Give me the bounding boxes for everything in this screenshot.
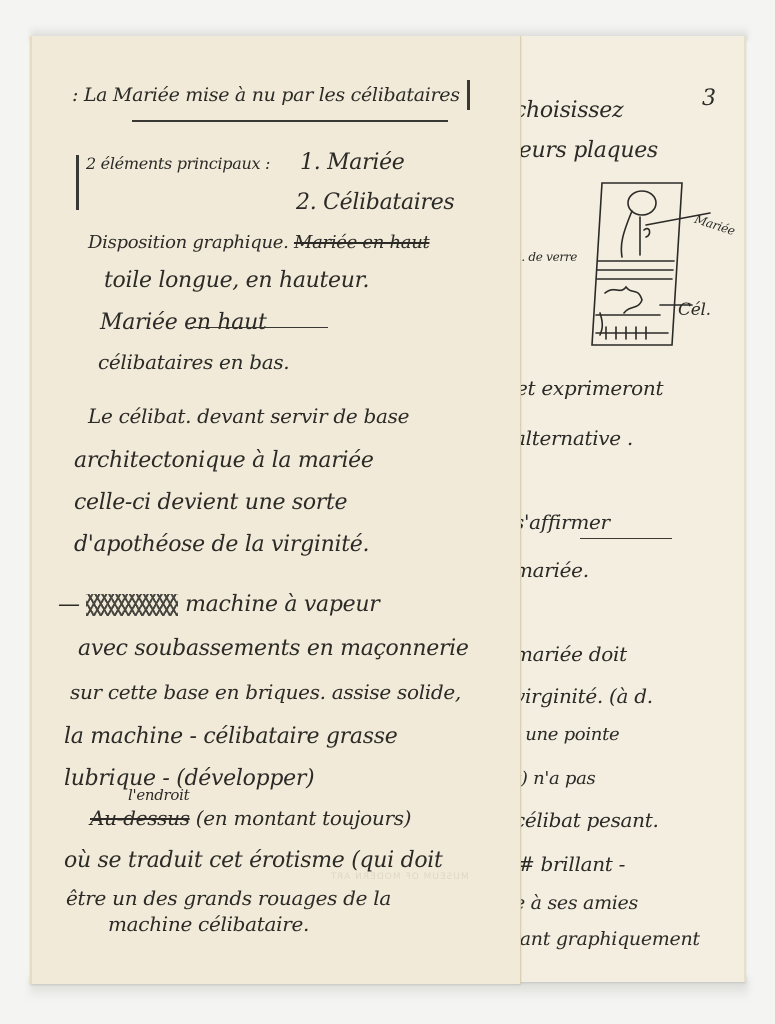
title-bracket — [467, 80, 470, 110]
struck-text: Au-dessus — [90, 806, 190, 830]
struck-text: Mariée en haut — [294, 232, 429, 253]
line-text: (en montant toujours) — [196, 806, 411, 830]
note-line: sur cette base en briques. assise solide… — [70, 680, 461, 704]
note-line: la machine - célibataire grasse — [64, 724, 397, 749]
right-line: mariée. — [514, 558, 589, 582]
element-2: 2. Célibataires — [296, 190, 454, 215]
right-line: célibat pesant. — [514, 808, 659, 832]
right-line: # brillant - — [518, 852, 625, 876]
right-line: mariée doit — [514, 642, 627, 666]
library-stamp-showthrough: MUSEUM OF MODERN ART — [330, 872, 469, 882]
margin-bracket — [76, 155, 79, 210]
right-line: - une pointe — [514, 724, 619, 745]
note-line: avec soubassements en maçonnerie — [78, 636, 469, 661]
sketch-label-cel: Cél. — [678, 300, 711, 320]
dash-prefix: — — [58, 592, 80, 617]
insert-above: l'endroit — [128, 786, 189, 804]
note-line: où se traduit cet érotisme (qui doit — [64, 848, 443, 873]
note-line: — machine à vapeur — [58, 592, 379, 617]
right-line: choisissez — [514, 98, 623, 123]
right-line: e à ses amies — [514, 892, 638, 914]
note-title: : La Mariée mise à nu par les célibatair… — [72, 84, 460, 106]
note-line: architectonique à la mariée — [74, 448, 374, 473]
note-line: machine célibataire. — [108, 912, 309, 936]
line-text: machine à vapeur — [185, 592, 379, 617]
right-line: et exprimeront — [516, 376, 663, 400]
element-1: 1. Mariée — [300, 150, 405, 175]
right-line: virginité. (à d. — [514, 684, 653, 708]
page-number: 3 — [702, 86, 716, 111]
strike-mark — [190, 327, 328, 328]
scribbled-out-word — [86, 594, 178, 616]
note-line: celle-ci devient une sorte — [74, 490, 347, 515]
note-line: d'apothéose de la virginité. — [74, 532, 369, 557]
note-line: être un des grands rouages de la — [66, 886, 391, 910]
right-line: t) n'a pas — [514, 768, 595, 789]
elements-label: 2 éléments principaux : — [86, 154, 270, 173]
note-line: Le célibat. devant servir de base — [88, 404, 409, 428]
right-line: alternative . — [514, 426, 633, 450]
title-underline — [132, 120, 448, 122]
right-line: leurs plaques — [512, 138, 658, 163]
underline — [580, 538, 672, 539]
right-line: lant graphiquement — [514, 928, 700, 950]
note-line: Disposition graphique. Mariée en haut — [88, 232, 429, 253]
line-text: Disposition graphique. — [88, 232, 289, 253]
note-line: Au-dessus (en montant toujours) — [90, 806, 411, 830]
note-line: Mariée en haut — [100, 310, 267, 335]
right-line: s'affirmer — [514, 510, 610, 534]
note-line: célibataires en bas. — [98, 350, 289, 374]
bride-sketch-illustration — [560, 175, 740, 355]
note-line: toile longue, en hauteur. — [104, 268, 369, 293]
